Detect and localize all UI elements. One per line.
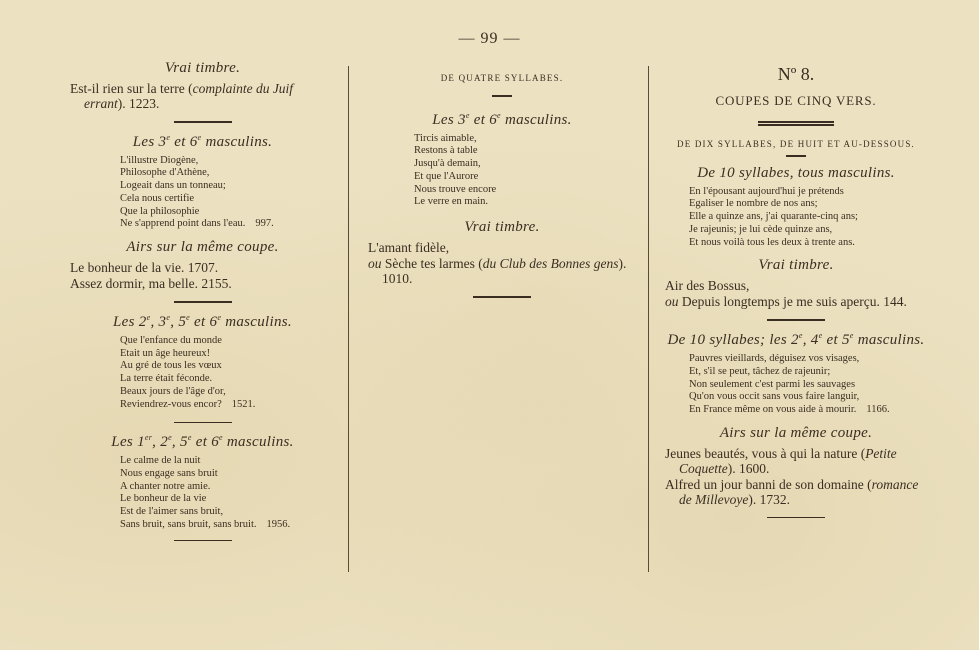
section-heading: De 10 syllabes; les 2e, 4e et 5e masculi… (665, 331, 927, 349)
section-title: COUPES DE CINQ VERS. (665, 93, 927, 109)
reference-number: 1956. (267, 519, 291, 530)
tune-reference: ou Depuis longtemps je me suis aperçu. 1… (665, 294, 927, 309)
column-2: DE QUATRE SYLLABES. Les 3e et 6e masculi… (368, 60, 636, 308)
section-heading: Vrai timbre. (368, 219, 636, 236)
section-heading: De 10 syllabes, tous masculins. (665, 165, 927, 182)
section-heading: Vrai timbre. (70, 60, 335, 77)
verse-line: Et, s'il se peut, tâchez de rajeunir; (689, 366, 927, 379)
section-heading: Les 2e, 3e, 5e et 6e masculins. (70, 313, 335, 331)
verse-line: Nous trouve encore (414, 184, 636, 197)
text: Est-il rien sur la terre ( (70, 81, 193, 96)
text: Sèche tes larmes ( (382, 256, 483, 271)
verse-line: Etait un âge heureux! (120, 348, 335, 361)
verse-line: Ne s'apprend point dans l'eau.997. (120, 218, 335, 231)
section-heading: Airs sur la même coupe. (70, 239, 335, 256)
air-entry: Alfred un jour banni de son domaine (rom… (665, 477, 927, 507)
section-heading: Vrai timbre. (665, 257, 927, 274)
column-divider (348, 66, 349, 572)
text: Alfred un jour banni de son domaine ( (665, 477, 872, 492)
rule (174, 540, 232, 542)
verse-line: Tircis aimable, (414, 133, 636, 146)
text: ou (368, 256, 382, 271)
verse-block: Que l'enfance du monde Etait un âge heur… (120, 335, 335, 412)
section-number: Nº 8. (665, 64, 927, 85)
section-heading: Les 3e et 6e masculins. (70, 133, 335, 151)
tune-reference: ou Sèche tes larmes (du Club des Bonnes … (368, 256, 636, 286)
verse-line: Reviendrez-vous encor?1521. (120, 399, 335, 412)
verse-line: Cela nous certifie (120, 193, 335, 206)
verse-line: Au gré de tous les vœux (120, 360, 335, 373)
verse-line: En l'épousant aujourd'hui je prétends (689, 186, 927, 199)
page-number: — 99 — (0, 30, 979, 48)
rule (786, 155, 806, 157)
text: ). 1732. (748, 492, 790, 507)
verse-line: L'illustre Diogène, (120, 155, 335, 168)
verse-line: Que la philosophie (120, 206, 335, 219)
rule (174, 422, 232, 424)
verse-block: Le calme de la nuit Nous engage sans bru… (120, 455, 335, 532)
column-1: Vrai timbre. Est-il rien sur la terre (c… (70, 60, 335, 551)
tune-reference: L'amant fidèle, (368, 240, 636, 255)
verse-line: Est de l'aimer sans bruit, (120, 506, 335, 519)
verse-line: Le bonheur de la vie (120, 493, 335, 506)
reference-number: 1166. (866, 404, 889, 415)
verse-line: Elle a quinze ans, j'ai quarante-cinq an… (689, 211, 927, 224)
verse-line: Qu'on vous occit sans vous faire languir… (689, 391, 927, 404)
verse-line: Philosophe d'Athène, (120, 167, 335, 180)
text: ). 1600. (728, 461, 770, 476)
subtitle: DE QUATRE SYLLABES. (368, 73, 636, 83)
verse-line: Sans bruit, sans bruit, sans bruit.1956. (120, 519, 335, 532)
text: Reviendrez-vous encor? (120, 399, 222, 410)
italic-title: du Club des Bonnes gens (483, 256, 619, 271)
verse-line: A chanter notre amie. (120, 481, 335, 494)
rule (767, 517, 825, 519)
verse-line: En France même on vous aide à mourir.116… (689, 404, 927, 417)
subtitle: DE DIX SYLLABES, DE HUIT ET AU-DESSOUS. (665, 139, 927, 149)
text: Ne s'apprend point dans l'eau. (120, 218, 245, 229)
verse-line: Nous engage sans bruit (120, 468, 335, 481)
rule (473, 296, 531, 298)
column-3: Nº 8. COUPES DE CINQ VERS. DE DIX SYLLAB… (665, 60, 927, 528)
rule (174, 301, 232, 303)
verse-line: Le calme de la nuit (120, 455, 335, 468)
text: Depuis longtemps je me suis aperçu. 144. (679, 294, 907, 309)
air-entry: Le bonheur de la vie. 1707. (70, 260, 335, 275)
verse-block: En l'épousant aujourd'hui je prétends Eg… (689, 186, 927, 250)
air-entry: Jeunes beautés, vous à qui la nature (Pe… (665, 446, 927, 476)
double-rule (758, 121, 834, 123)
verse-line: Egaliser le nombre de nos ans; (689, 198, 927, 211)
section-heading: Les 1er, 2e, 5e et 6e masculins. (70, 433, 335, 451)
verse-line: Et que l'Aurore (414, 171, 636, 184)
text: Sans bruit, sans bruit, sans bruit. (120, 519, 257, 530)
verse-line: Le verre en main. (414, 196, 636, 209)
text: ou (665, 294, 679, 309)
verse-line: Logeait dans un tonneau; (120, 180, 335, 193)
verse-line: Que l'enfance du monde (120, 335, 335, 348)
reference-number: 1521. (232, 399, 256, 410)
rule (492, 95, 512, 97)
tune-reference: Air des Bossus, (665, 278, 927, 293)
air-entry: Assez dormir, ma belle. 2155. (70, 276, 335, 291)
verse-line: La terre était féconde. (120, 373, 335, 386)
verse-line: Je rajeunis; je lui cède quinze ans, (689, 224, 927, 237)
verse-line: Jusqu'à demain, (414, 158, 636, 171)
section-heading: Airs sur la même coupe. (665, 425, 927, 442)
column-divider (648, 66, 649, 572)
reference-number: 997. (255, 218, 273, 229)
verse-line: Et nous voilà tous les deux à trente ans… (689, 237, 927, 250)
text: Jeunes beautés, vous à qui la nature ( (665, 446, 865, 461)
verse-line: Restons à table (414, 145, 636, 158)
text: En France même on vous aide à mourir. (689, 404, 856, 415)
rule (767, 319, 825, 321)
text: ). 1223. (118, 96, 160, 111)
verse-block: Pauvres vieillards, déguisez vos visages… (689, 353, 927, 417)
verse-block: Tircis aimable, Restons à table Jusqu'à … (414, 133, 636, 210)
rule (174, 121, 232, 123)
verse-block: L'illustre Diogène, Philosophe d'Athène,… (120, 155, 335, 232)
section-heading: Les 3e et 6e masculins. (368, 111, 636, 129)
verse-line: Pauvres vieillards, déguisez vos visages… (689, 353, 927, 366)
verse-line: Non seulement c'est parmi les sauvages (689, 379, 927, 392)
tune-reference: Est-il rien sur la terre (complainte du … (70, 81, 335, 111)
verse-line: Beaux jours de l'âge d'or, (120, 386, 335, 399)
